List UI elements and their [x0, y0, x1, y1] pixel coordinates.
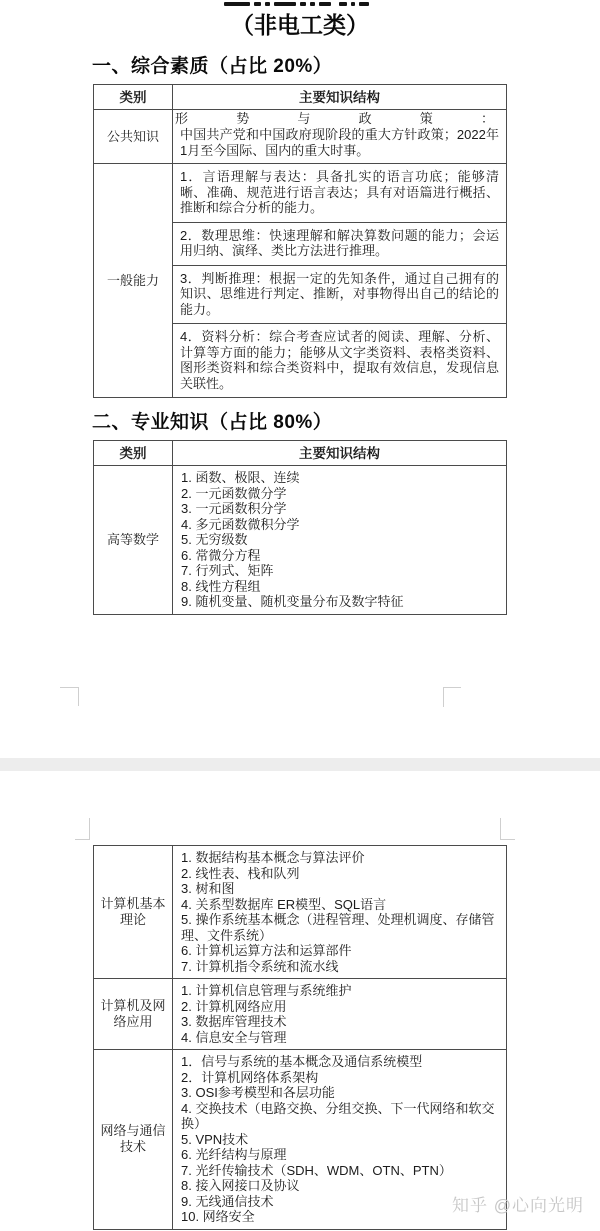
network-app-item: 2. 计算机网络应用: [181, 999, 500, 1015]
professional-knowledge-table-continued: 计算机基本理论 1. 数据结构基本概念与算法评价2. 线性表、栈和队列3. 树和…: [93, 845, 507, 1230]
comprehensive-quality-table: 类别 主要知识结构 公共知识 形势与政策： 中国共产党和中国政府现阶段的重大方针…: [93, 84, 507, 398]
computer-basics-item: 4. 关系型数据库 ER模型、SQL语言: [181, 897, 500, 913]
page2-top-right-corner-mark: [500, 818, 515, 840]
ability-item: 1．言语理解与表达：具备扎实的语言功底；能够清晰、准确、规范进行语言表达；具有对…: [173, 164, 506, 222]
section-heading-professional: 二、专业知识（占比 80%）: [92, 407, 600, 434]
page-separator-band: [0, 758, 600, 771]
document-subtitle: （非电工类）: [0, 7, 600, 40]
column-header-category: 类别: [94, 441, 172, 465]
page1-bottom-right-corner-mark: [443, 687, 461, 707]
page2-top-left-corner-mark: [75, 818, 90, 840]
row-label-computer-basics: 计算机基本理论: [94, 846, 172, 978]
ability-item: 3．判断推理：根据一定的先知条件，通过自己拥有的知识、思维进行判定、推断，对事物…: [173, 265, 506, 324]
cell-general-ability: 1．言语理解与表达：具备扎实的语言功底；能够清晰、准确、规范进行语言表达；具有对…: [172, 163, 506, 397]
ability-item: 2．数理思维：快速理解和解决算数问题的能力；会运用归纳、演绎、类比方法进行推理。: [173, 222, 506, 265]
cell-computer-network-app: 1. 计算机信息管理与系统维护2. 计算机网络应用3. 数据库管理技术4. 信息…: [172, 978, 506, 1049]
math-item: 7. 行列式、矩阵: [181, 563, 500, 579]
cell-public-knowledge: 形势与政策： 中国共产党和中国政府现阶段的重大方针政策；2022年1月至今国际、…: [172, 109, 506, 163]
computer-basics-item: 7. 计算机指令系统和流水线: [181, 959, 500, 975]
computer-basics-item: 1. 数据结构基本概念与算法评价: [181, 850, 500, 866]
math-item: 1. 函数、极限、连续: [181, 470, 500, 486]
column-header-structure: 主要知识结构: [172, 441, 506, 465]
justified-line: 形势与政策：: [173, 110, 506, 127]
row-label-advanced-math: 高等数学: [94, 465, 172, 614]
cell-advanced-math: 1. 函数、极限、连续2. 一元函数微分学3. 一元函数积分学4. 多元函数微积…: [172, 465, 506, 614]
math-item: 5. 无穷级数: [181, 532, 500, 548]
math-item: 8. 线性方程组: [181, 579, 500, 595]
row-label-network-comm: 网络与通信技术: [94, 1049, 172, 1229]
column-header-category: 类别: [94, 85, 172, 109]
network-comm-item: 6. 光纤结构与原理: [181, 1147, 500, 1163]
math-item: 6. 常微分方程: [181, 548, 500, 564]
page1-bottom-left-corner-mark: [60, 687, 79, 706]
computer-basics-item: 5. 操作系统基本概念（进程管理、处理机调度、存储管理、文件系统）: [181, 912, 500, 943]
professional-knowledge-table: 类别 主要知识结构 高等数学 1. 函数、极限、连续2. 一元函数微分学3. 一…: [93, 440, 507, 615]
document-screenshot: （非电工类） 一、综合素质（占比 20%） 类别 主要知识结构 公共知识 形势与…: [0, 0, 600, 1231]
network-comm-item: 5. VPN技术: [181, 1132, 500, 1148]
network-comm-item: 7. 光纤传输技术（SDH、WDM、OTN、PTN）: [181, 1163, 500, 1179]
zhihu-watermark: 知乎 @心向光明: [452, 1191, 584, 1216]
cell-computer-basics: 1. 数据结构基本概念与算法评价2. 线性表、栈和队列3. 树和图4. 关系型数…: [172, 846, 506, 978]
math-item: 2. 一元函数微分学: [181, 486, 500, 502]
network-comm-item: 3. OSI参考模型和各层功能: [181, 1085, 500, 1101]
network-comm-item: 4. 交换技术（电路交换、分组交换、下一代网络和软交换）: [181, 1101, 500, 1132]
math-item: 3. 一元函数积分学: [181, 501, 500, 517]
row-label-general-ability: 一般能力: [94, 163, 172, 397]
section-heading-comprehensive: 一、综合素质（占比 20%）: [92, 51, 600, 78]
row-label-computer-network-app: 计算机及网络应用: [94, 978, 172, 1049]
general-ability-items: 1．言语理解与表达：具备扎实的语言功底；能够清晰、准确、规范进行语言表达；具有对…: [173, 164, 506, 397]
math-item: 9. 随机变量、随机变量分布及数字特征: [181, 594, 500, 610]
network-app-item: 1. 计算机信息管理与系统维护: [181, 983, 500, 999]
network-app-item: 3. 数据库管理技术: [181, 1014, 500, 1030]
computer-basics-item: 3. 树和图: [181, 881, 500, 897]
network-comm-item: 2．计算机网络体系架构: [181, 1070, 500, 1086]
page-1: （非电工类） 一、综合素质（占比 20%） 类别 主要知识结构 公共知识 形势与…: [0, 0, 600, 615]
computer-basics-item: 6. 计算机运算方法和运算部件: [181, 943, 500, 959]
public-knowledge-body: 中国共产党和中国政府现阶段的重大方针政策；2022年1月至今国际、国内的重大时事…: [173, 127, 506, 163]
column-header-structure: 主要知识结构: [172, 85, 506, 109]
computer-basics-item: 2. 线性表、栈和队列: [181, 866, 500, 882]
network-app-item: 4. 信息安全与管理: [181, 1030, 500, 1046]
page-2: 计算机基本理论 1. 数据结构基本概念与算法评价2. 线性表、栈和队列3. 树和…: [0, 845, 600, 1230]
row-label-public-knowledge: 公共知识: [94, 109, 172, 163]
ability-item: 4．资料分析：综合考查应试者的阅读、理解、分析、计算等方面的能力；能够从文字类资…: [173, 323, 506, 397]
math-item: 4. 多元函数微积分学: [181, 517, 500, 533]
network-comm-item: 1．信号与系统的基本概念及通信系统模型: [181, 1054, 500, 1070]
